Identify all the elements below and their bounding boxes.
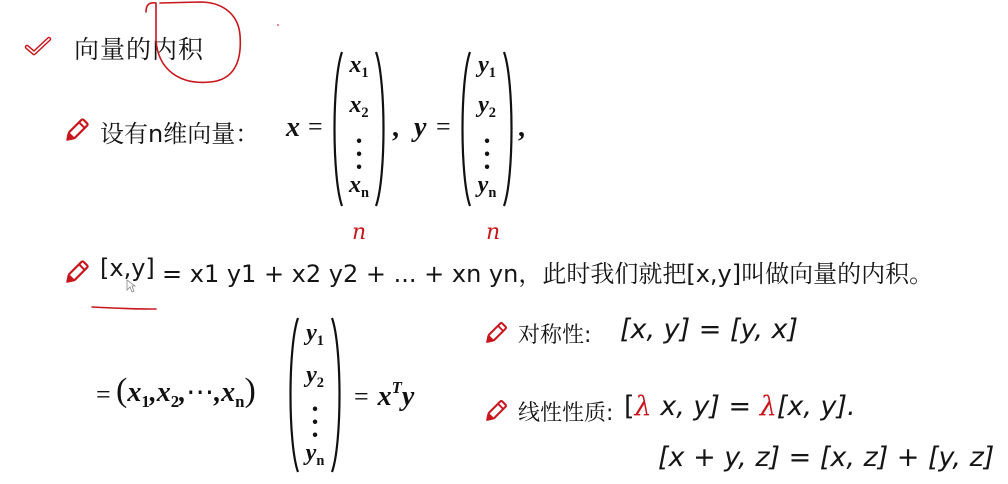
annotation-underline bbox=[90, 296, 160, 302]
y-column-vector: y1 y2 ··· yn bbox=[458, 50, 516, 208]
inner-product-pencil-icon bbox=[64, 256, 94, 284]
symmetry-pencil-icon bbox=[484, 318, 512, 344]
symmetry-label: 对称性: bbox=[518, 318, 591, 349]
y-column-vector-product: y1 y2 ··· yn bbox=[286, 316, 344, 474]
linearity-formula-1: [λ x, y] = λ[x, y]. bbox=[624, 391, 856, 422]
comma-2: , bbox=[518, 112, 525, 144]
annotation-n-1: n bbox=[352, 220, 366, 245]
definition-pencil-icon bbox=[64, 114, 94, 142]
matrix-form-equals: = bbox=[96, 380, 111, 410]
row-vector: (x1,x2,⋯,xn) bbox=[116, 372, 256, 412]
x-vdots: ··· bbox=[330, 134, 388, 174]
y-vdots: ··· bbox=[286, 402, 344, 442]
symmetry-formula: [x, y] = [y, x] bbox=[620, 314, 798, 345]
yn-entry: yn bbox=[286, 440, 344, 470]
y-lhs: y bbox=[414, 112, 426, 144]
y-vdots: ··· bbox=[458, 134, 516, 174]
x1-entry: x1 bbox=[330, 52, 388, 82]
linearity-pencil-icon bbox=[484, 396, 512, 422]
annotation-circle bbox=[140, 0, 260, 90]
comma-1: , bbox=[392, 112, 399, 144]
x2-entry: x2 bbox=[330, 92, 388, 122]
x-equals: = bbox=[308, 112, 323, 142]
y2-entry: y2 bbox=[286, 362, 344, 392]
x-column-vector: x1 x2 ··· xn bbox=[330, 50, 388, 208]
y1-entry: y1 bbox=[286, 320, 344, 350]
annotation-n-2: n bbox=[486, 220, 500, 245]
result-xTy: = xTy bbox=[354, 378, 414, 413]
linearity-label: 线性性质: bbox=[518, 396, 613, 427]
y2-entry: y2 bbox=[458, 92, 516, 122]
annotation-dot bbox=[277, 24, 279, 26]
linearity-formula-2: [x + y, z] = [x, z] + [y, z] bbox=[658, 442, 994, 473]
y1-entry: y1 bbox=[458, 52, 516, 82]
definition-label: 设有n维向量： bbox=[100, 114, 259, 149]
mouse-cursor-icon bbox=[126, 278, 136, 292]
inner-product-expression: = x1 y1 + x2 y2 + ... + xn yn，此时我们就把[x,y… bbox=[162, 254, 933, 289]
yn-entry: yn bbox=[458, 172, 516, 202]
x-lhs: x bbox=[286, 112, 300, 144]
xn-entry: xn bbox=[330, 172, 388, 202]
y-equals: = bbox=[436, 112, 451, 142]
heading-checkmark-icon bbox=[24, 36, 52, 56]
